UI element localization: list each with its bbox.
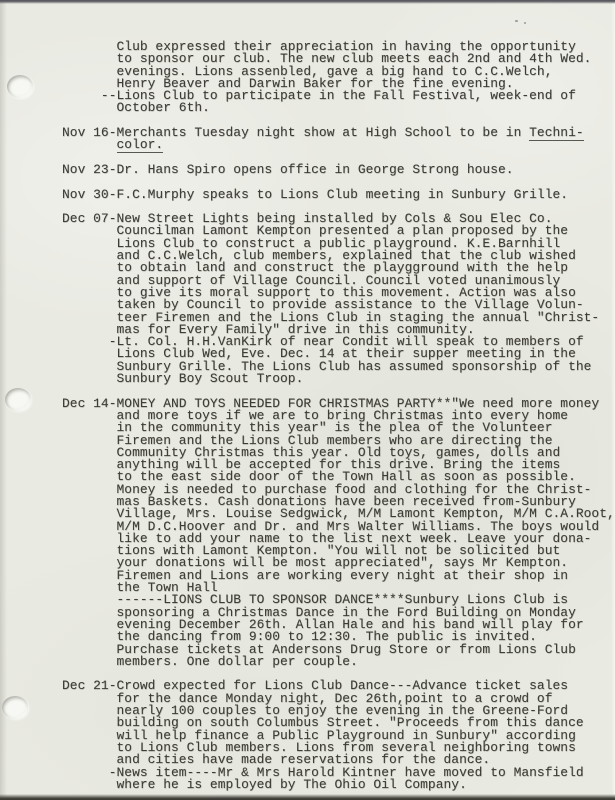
text-line: color. <box>62 139 615 151</box>
text-segment: October 6th. <box>62 100 210 115</box>
text-segment: where he is employed by The Ohio Oil Com… <box>62 777 467 792</box>
text-segment: Nov 23-Dr. Hans Spiro opens office in Ge… <box>62 162 514 177</box>
text-segment: Sunbury Boy Scout Troop. <box>62 371 303 386</box>
underlined-text: Techni- <box>529 125 584 141</box>
punch-hole <box>7 75 33 98</box>
page: Club expressed their appreciation in hav… <box>0 0 615 800</box>
typed-text: Club expressed their appreciation in hav… <box>62 41 615 791</box>
text-segment <box>62 137 117 152</box>
text-segment: members. One dollar per couple. <box>62 654 358 669</box>
punch-hole <box>2 696 28 719</box>
scan-speck <box>515 20 518 22</box>
page-edge-top <box>0 0 615 4</box>
page-edge-bottom <box>0 794 615 800</box>
text-line: Nov 23-Dr. Hans Spiro opens office in Ge… <box>62 164 615 176</box>
scan-speck <box>524 22 526 24</box>
text-line: where he is employed by The Ohio Oil Com… <box>62 779 615 791</box>
punch-hole <box>5 388 31 411</box>
text-segment: Nov 30-F.C.Murphy speaks to Lions Club m… <box>62 187 568 202</box>
text-line: Sunbury Boy Scout Troop. <box>62 373 615 385</box>
text-line: Nov 30-F.C.Murphy speaks to Lions Club m… <box>62 189 615 201</box>
underlined-text: color. <box>117 137 164 153</box>
text-line: October 6th. <box>62 102 615 114</box>
text-line: members. One dollar per couple. <box>62 656 615 668</box>
